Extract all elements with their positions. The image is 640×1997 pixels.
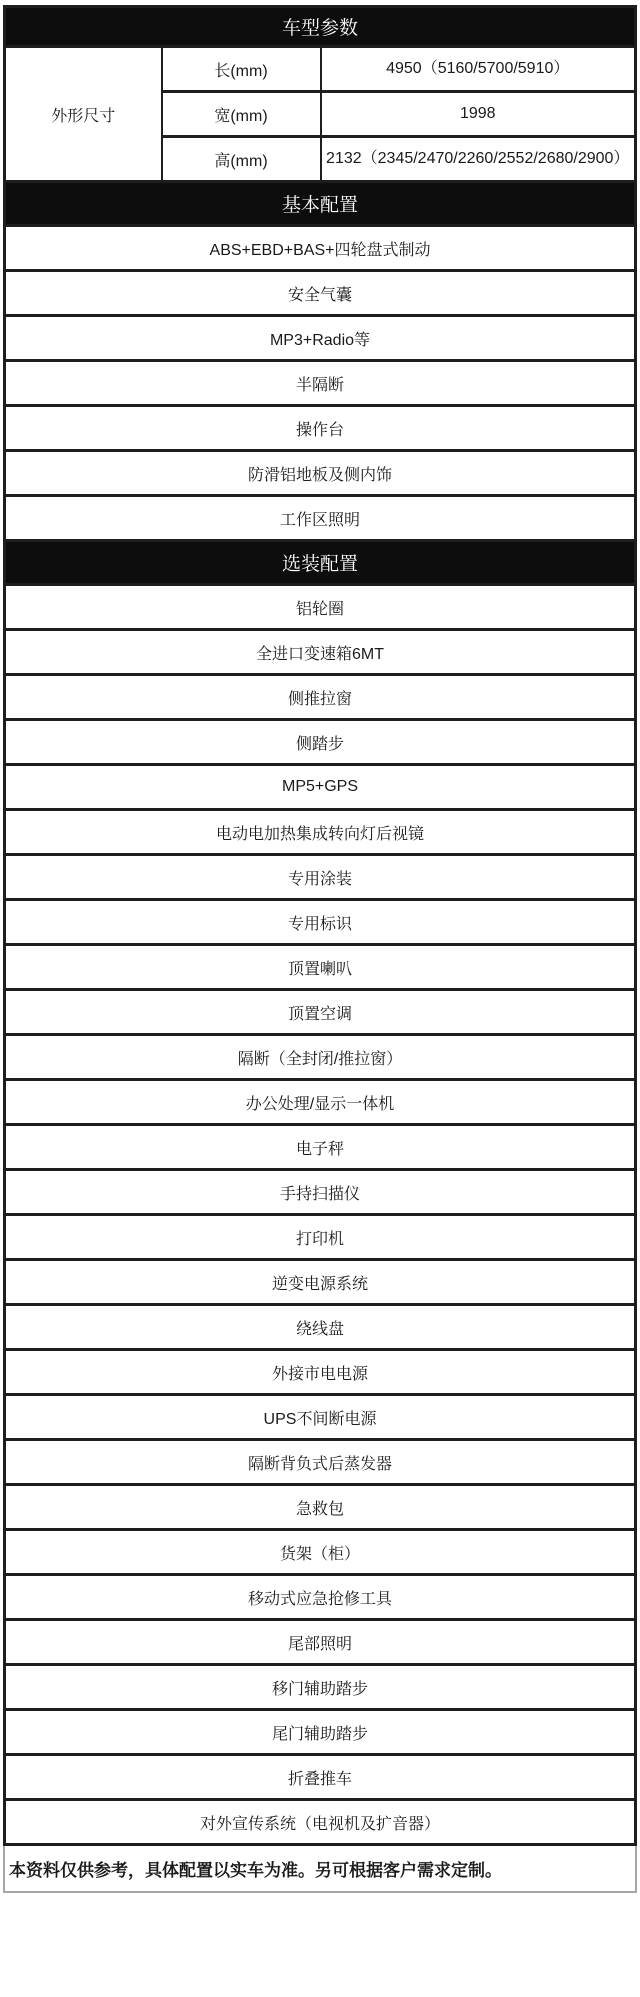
config-item: 铝轮圈 — [5, 585, 636, 630]
config-item: 顶置空调 — [5, 990, 636, 1035]
dim-value-length: 4950（5160/5700/5910） — [321, 47, 636, 92]
config-item: 半隔断 — [5, 361, 636, 406]
table-row: 铝轮圈 — [5, 585, 636, 630]
dim-label-length: 长(mm) — [162, 47, 321, 92]
table-title-row: 车型参数 — [5, 7, 636, 47]
table-row: 尾部照明 — [5, 1620, 636, 1665]
table-row: 外接市电电源 — [5, 1350, 636, 1395]
config-item: 操作台 — [5, 406, 636, 451]
config-item: 货架（柜） — [5, 1530, 636, 1575]
config-item: 工作区照明 — [5, 496, 636, 541]
config-item: 安全气囊 — [5, 271, 636, 316]
dim-value-width: 1998 — [321, 92, 636, 137]
config-item: 急救包 — [5, 1485, 636, 1530]
table-row: 专用标识 — [5, 900, 636, 945]
table-row: 隔断（全封闭/推拉窗） — [5, 1035, 636, 1080]
config-item: ABS+EBD+BAS+四轮盘式制动 — [5, 226, 636, 271]
config-item: 尾门辅助踏步 — [5, 1710, 636, 1755]
table-row: 隔断背负式后蒸发器 — [5, 1440, 636, 1485]
table-row: 移动式应急抢修工具 — [5, 1575, 636, 1620]
config-item: 电动电加热集成转向灯后视镜 — [5, 810, 636, 855]
config-item: 打印机 — [5, 1215, 636, 1260]
config-item: 侧踏步 — [5, 720, 636, 765]
config-item: 尾部照明 — [5, 1620, 636, 1665]
table-row: 半隔断 — [5, 361, 636, 406]
config-item: 绕线盘 — [5, 1305, 636, 1350]
config-item: 折叠推车 — [5, 1755, 636, 1800]
vehicle-spec-table: 车型参数 外形尺寸 长(mm) 4950（5160/5700/5910） 宽(m… — [3, 5, 637, 1846]
config-item: UPS不间断电源 — [5, 1395, 636, 1440]
table-row: UPS不间断电源 — [5, 1395, 636, 1440]
table-row: 急救包 — [5, 1485, 636, 1530]
table-row: 绕线盘 — [5, 1305, 636, 1350]
section-header-basic: 基本配置 — [5, 182, 636, 226]
table-row: 全进口变速箱6MT — [5, 630, 636, 675]
dim-value-height: 2132（2345/2470/2260/2552/2680/2900） — [321, 137, 636, 182]
table-row: 对外宣传系统（电视机及扩音器） — [5, 1800, 636, 1845]
dim-label-height: 高(mm) — [162, 137, 321, 182]
dimension-group-label: 外形尺寸 — [5, 47, 162, 182]
config-item: 移门辅助踏步 — [5, 1665, 636, 1710]
table-row: 操作台 — [5, 406, 636, 451]
table-row: 顶置空调 — [5, 990, 636, 1035]
config-item: MP5+GPS — [5, 765, 636, 810]
table-row: 货架（柜） — [5, 1530, 636, 1575]
dimension-row-length: 外形尺寸 长(mm) 4950（5160/5700/5910） — [5, 47, 636, 92]
table-row: 专用涂装 — [5, 855, 636, 900]
table-row: 打印机 — [5, 1215, 636, 1260]
section-header-optional: 选装配置 — [5, 541, 636, 585]
table-row: MP5+GPS — [5, 765, 636, 810]
table-row: 侧推拉窗 — [5, 675, 636, 720]
config-item: 专用涂装 — [5, 855, 636, 900]
table-row: 手持扫描仪 — [5, 1170, 636, 1215]
table-row: 顶置喇叭 — [5, 945, 636, 990]
config-item: 侧推拉窗 — [5, 675, 636, 720]
table-row: 安全气囊 — [5, 271, 636, 316]
table-row: 尾门辅助踏步 — [5, 1710, 636, 1755]
table-row: 防滑铝地板及侧内饰 — [5, 451, 636, 496]
disclaimer-note: 本资料仅供参考，具体配置以实车为准。另可根据客户需求定制。 — [3, 1846, 637, 1893]
config-item: 外接市电电源 — [5, 1350, 636, 1395]
config-item: 隔断背负式后蒸发器 — [5, 1440, 636, 1485]
table-row: 侧踏步 — [5, 720, 636, 765]
table-row: ABS+EBD+BAS+四轮盘式制动 — [5, 226, 636, 271]
section-header-basic-label: 基本配置 — [5, 182, 636, 226]
config-item: 防滑铝地板及侧内饰 — [5, 451, 636, 496]
table-row: 工作区照明 — [5, 496, 636, 541]
table-row: 移门辅助踏步 — [5, 1665, 636, 1710]
config-item: 手持扫描仪 — [5, 1170, 636, 1215]
config-item: 逆变电源系统 — [5, 1260, 636, 1305]
config-item: 办公处理/显示一体机 — [5, 1080, 636, 1125]
table-row: 办公处理/显示一体机 — [5, 1080, 636, 1125]
config-item: 隔断（全封闭/推拉窗） — [5, 1035, 636, 1080]
table-row: 电子秤 — [5, 1125, 636, 1170]
table-row: MP3+Radio等 — [5, 316, 636, 361]
table-row: 电动电加热集成转向灯后视镜 — [5, 810, 636, 855]
dim-label-width: 宽(mm) — [162, 92, 321, 137]
table-row: 折叠推车 — [5, 1755, 636, 1800]
config-item: 对外宣传系统（电视机及扩音器） — [5, 1800, 636, 1845]
section-header-optional-label: 选装配置 — [5, 541, 636, 585]
table-row: 逆变电源系统 — [5, 1260, 636, 1305]
config-item: 专用标识 — [5, 900, 636, 945]
config-item: 全进口变速箱6MT — [5, 630, 636, 675]
config-item: 电子秤 — [5, 1125, 636, 1170]
config-item: 顶置喇叭 — [5, 945, 636, 990]
config-item: 移动式应急抢修工具 — [5, 1575, 636, 1620]
config-item: MP3+Radio等 — [5, 316, 636, 361]
table-title: 车型参数 — [5, 7, 636, 47]
